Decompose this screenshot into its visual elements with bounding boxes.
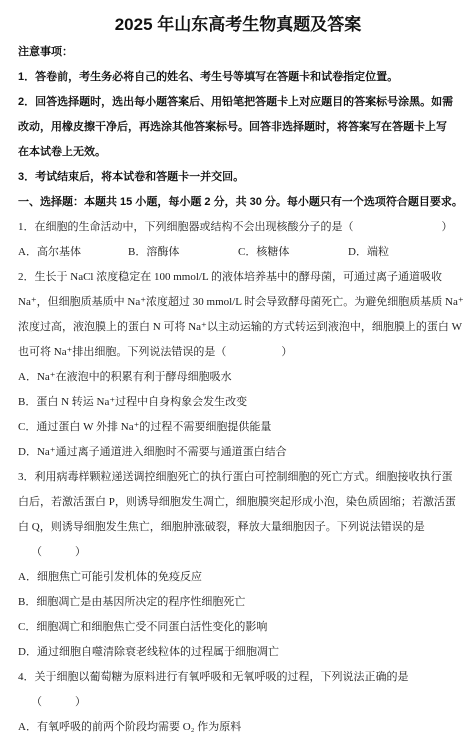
notice-item-2-line-1: 2．回答选择题时，选出每小题答案后、用铅笔把答题卡上对应题目的答案标号涂黑。如需 (18, 90, 458, 115)
question-3-stem-line-2: 白后，若激活蛋白 P，则诱导细胞发生凋亡，细胞膜突起形成小泡，染色质固缩；若激活… (18, 490, 458, 515)
section-1-heading: 一、选择题：本题共 15 小题，每小题 2 分，共 30 分。每小题只有一个选项… (18, 190, 458, 215)
question-2-stem-line-2: Na⁺，但细胞质基质中 Na⁺浓度超过 30 mmol/L 时会导致酵母菌死亡。… (18, 290, 458, 315)
notice-item-2-line-2: 改动，用橡皮擦干净后，再选涂其他答案标号。回答非选择题时，将答案写在答题卡上写 (18, 115, 458, 140)
notice-item-1: 1．答卷前，考生务必将自己的姓名、考生号等填写在答题卡和试卷指定位置。 (18, 65, 458, 90)
notice-item-2-line-3: 在本试卷上无效。 (18, 140, 458, 165)
question-2-stem-line-3: 浓度过高，液泡膜上的蛋白 N 可将 Na⁺以主动运输的方式转运到液泡中，细胞膜上… (18, 315, 458, 340)
page-title: 2025 年山东高考生物真题及答案 (18, 0, 458, 40)
question-3-answer-blank: （ ） (18, 540, 458, 565)
question-3-option-c: C．细胞凋亡和细胞焦亡受不同蛋白活性变化的影响 (18, 615, 458, 640)
question-3-option-d: D．通过细胞自噬清除衰老线粒体的过程属于细胞凋亡 (18, 640, 458, 665)
question-2-option-b: B．蛋白 N 转运 Na⁺过程中自身构象会发生改变 (18, 390, 458, 415)
notice-heading: 注意事项： (18, 40, 458, 65)
question-4-option-a: A．有氧呼吸的前两个阶段均需要 O₂ 作为原料 (18, 715, 458, 734)
question-1-stem: 1．在细胞的生命活动中，下列细胞器或结构不会出现核酸分子的是（ ） (18, 215, 458, 240)
exam-document: 2025 年山东高考生物真题及答案 注意事项： 1．答卷前，考生务必将自己的姓名… (0, 0, 476, 734)
question-2-option-d: D．Na⁺通过离子通道进入细胞时不需要与通道蛋白结合 (18, 440, 458, 465)
question-1-options: A．高尔基体 B．溶酶体 C．核糖体 D．端粒 (18, 240, 458, 265)
question-4-stem-line-1: 4．关于细胞以葡萄糖为原料进行有氧呼吸和无氧呼吸的过程，下列说法正确的是 (18, 665, 458, 690)
question-4-answer-blank: （ ） (18, 690, 458, 715)
question-3-option-a: A．细胞焦亡可能引发机体的免疫反应 (18, 565, 458, 590)
question-3-stem-line-3: 白 Q，则诱导细胞发生焦亡，细胞肿涨破裂，释放大量细胞因子。下列说法错误的是 (18, 515, 458, 540)
question-3-stem-line-1: 3．利用病毒样颗粒递送调控细胞死亡的执行蛋白可控制细胞的死亡方式。细胞接收执行蛋 (18, 465, 458, 490)
question-2-option-a: A．Na⁺在液泡中的积累有利于酵母细胞吸水 (18, 365, 458, 390)
question-1-option-c: C．核糖体 (238, 240, 348, 265)
question-2-stem-line-4: 也可将 Na⁺排出细胞。下列说法错误的是（ ） (18, 340, 458, 365)
notice-item-3: 3．考试结束后，将本试卷和答题卡一并交回。 (18, 165, 458, 190)
question-2-option-c: C．通过蛋白 W 外排 Na⁺的过程不需要细胞提供能量 (18, 415, 458, 440)
question-3-option-b: B．细胞凋亡是由基因所决定的程序性细胞死亡 (18, 590, 458, 615)
question-1-option-d: D．端粒 (348, 240, 389, 265)
question-1-option-b: B．溶酶体 (128, 240, 238, 265)
question-1-option-a: A．高尔基体 (18, 240, 128, 265)
question-2-stem-line-1: 2．生长于 NaCl 浓度稳定在 100 mmol/L 的液体培养基中的酵母菌，… (18, 265, 458, 290)
